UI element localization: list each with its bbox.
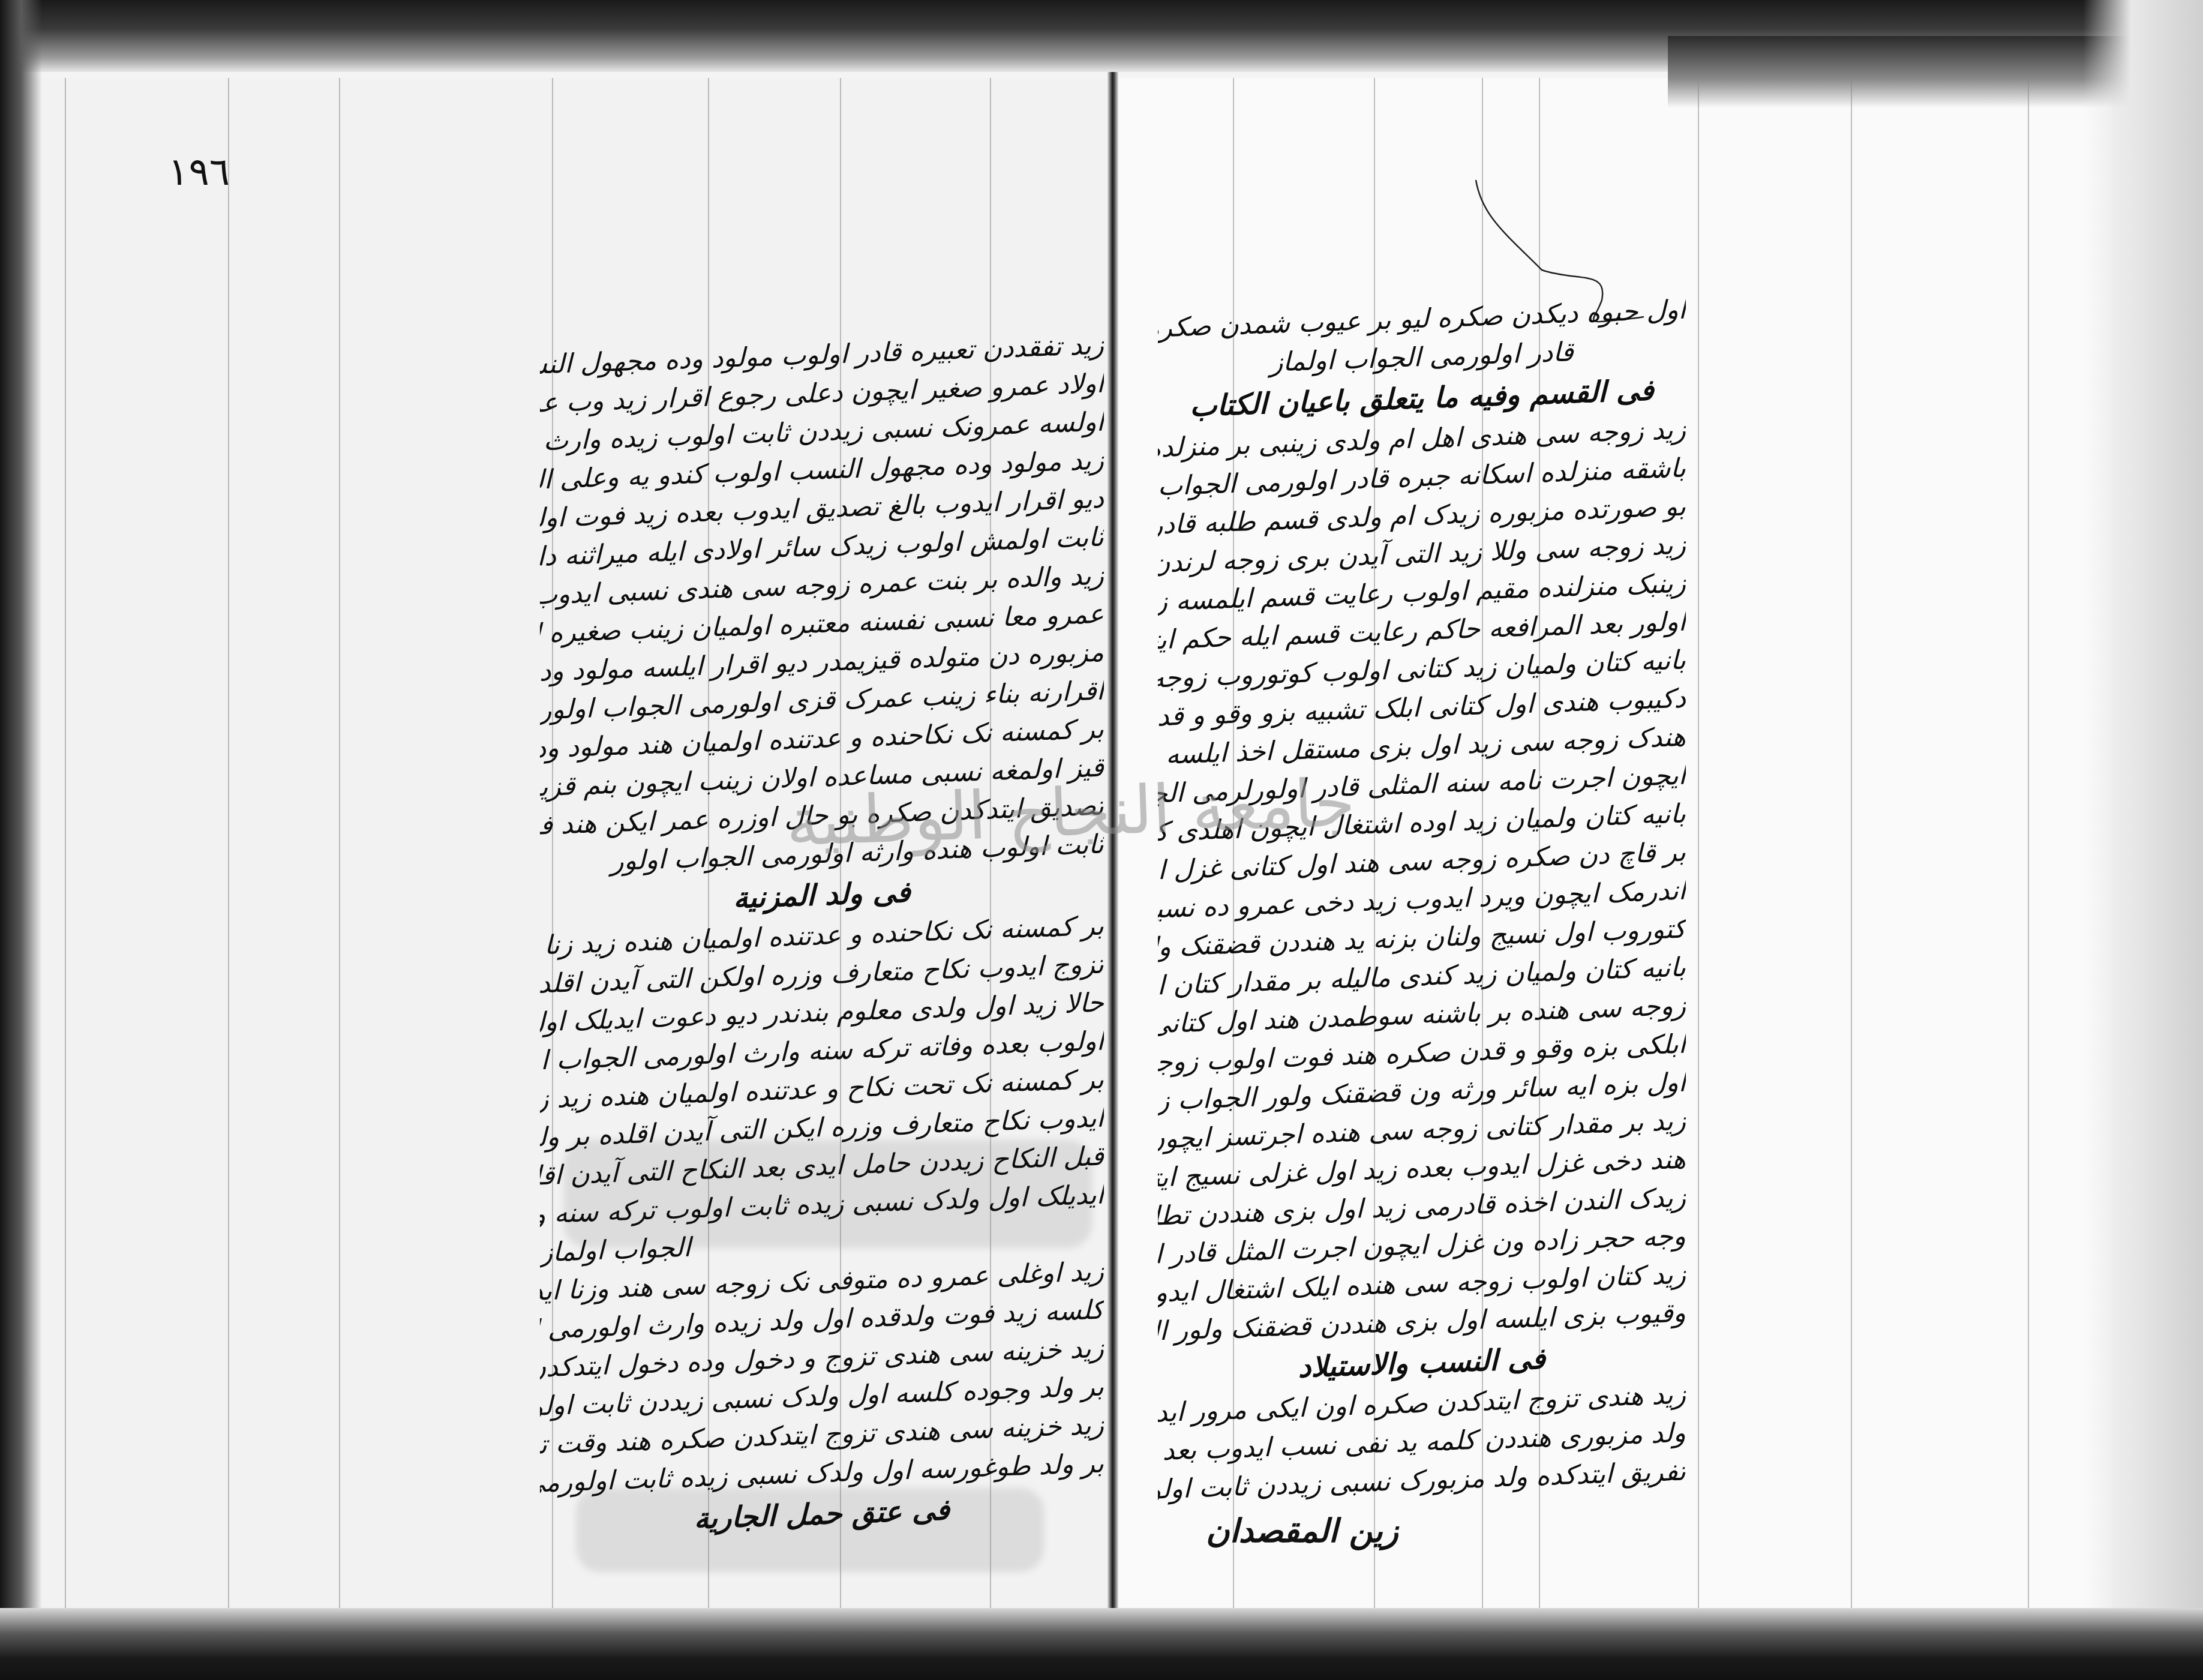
right-page-text: اول حبوه دیکدن صکره لیو بر عیوب شمدن صکر… [1158,300,1686,1500]
margin-rule [1698,78,1699,1614]
catchword-signature: زین المقصدان [1206,1512,1398,1550]
scan-bottom-edge [0,1608,2203,1680]
margin-rule [1851,78,1852,1614]
scan-left-edge [0,0,42,1680]
margin-rule [228,78,229,1614]
scan-right-edge [2083,0,2203,1680]
left-page-text: زید تفقددن تعبیره قادر اولوب مولود وده م… [540,336,1104,1536]
margin-rule [65,78,66,1614]
manuscript-scan: ١٩٦ زید تفقددن تعبیره قادر اولوب مولود و… [0,0,2203,1680]
folio-number: ١٩٦ [168,150,230,194]
margin-rule [339,78,340,1614]
margin-rule [2028,78,2029,1614]
